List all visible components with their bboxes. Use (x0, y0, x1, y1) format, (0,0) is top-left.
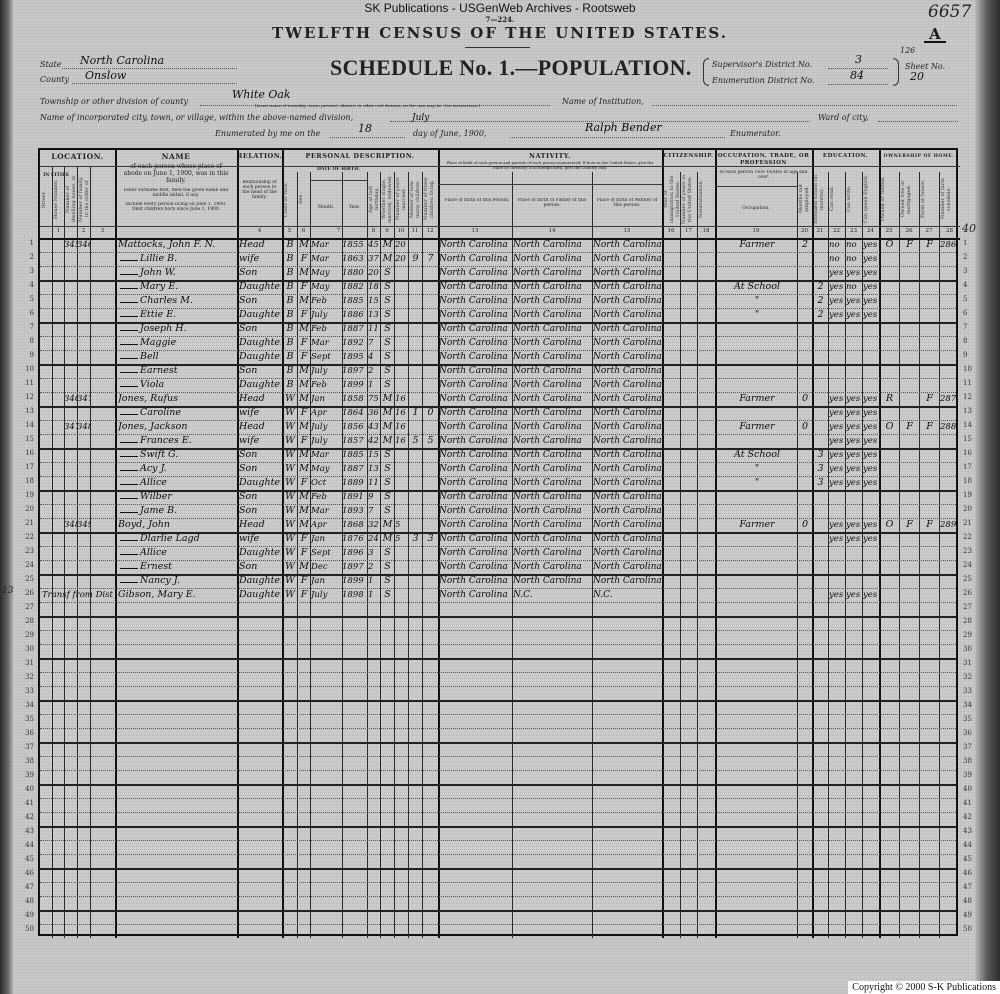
cell-sex: M (298, 462, 310, 476)
district-bracket-left (703, 58, 709, 86)
cell-english: yes (863, 238, 879, 252)
cell-name: Jones, Rufus (118, 392, 236, 406)
row-number-left: 23 (18, 547, 34, 555)
header-ownership: OWNERSHIP OF HOME. (879, 153, 959, 160)
row-number-left: 33 (18, 687, 34, 695)
cell-mother: North Carolina (593, 504, 662, 518)
cell-marital: S (381, 336, 394, 350)
column-divider (899, 172, 900, 938)
cell-name: Frances E. (118, 434, 236, 448)
cell-age: 42 (368, 434, 380, 448)
surname-ditto-dash (120, 358, 138, 359)
cell-sex: F (298, 532, 310, 546)
row-number-right: 45 (963, 855, 979, 863)
enumerator-name: Ralph Bender (585, 121, 662, 134)
row-number-right: 50 (963, 925, 979, 933)
cell-month: Mar (311, 252, 342, 266)
row-divider (40, 896, 956, 897)
header-name: NAME (115, 153, 237, 160)
enum-day-underline (330, 137, 405, 138)
header-rule (310, 180, 367, 181)
surname-ditto-dash (120, 316, 138, 317)
cell-color: B (283, 350, 297, 364)
cell-color: B (283, 364, 297, 378)
row-divider (40, 854, 956, 855)
header-rule (715, 186, 797, 187)
cell-mother: North Carolina (593, 322, 662, 336)
cell-relation: wife (239, 532, 281, 546)
margin-note-left: 13 (2, 586, 13, 596)
title-divider (465, 47, 530, 48)
cell-name: Jones, Jackson (118, 420, 236, 434)
cell-father: North Carolina (513, 336, 592, 350)
cell-sex: M (298, 490, 310, 504)
cell-years-married: 16 (395, 434, 408, 448)
cell-marital: S (381, 546, 394, 560)
cell-father: North Carolina (513, 378, 592, 392)
cell-age: 45 (368, 238, 380, 252)
cell-school: 2 (813, 280, 828, 294)
header-owned-rented: Owned or rented. (880, 174, 898, 224)
row-number-left: 15 (18, 435, 34, 443)
cell-birth: North Carolina (439, 336, 512, 350)
cell-color: B (283, 280, 297, 294)
cell-english: yes (863, 294, 879, 308)
header-naturalization: Naturalization. (698, 174, 714, 224)
cell-mother: North Carolina (593, 238, 662, 252)
cell-name: Maggie (118, 336, 236, 350)
cell-name: Gibson, Mary E. (118, 588, 236, 602)
header-sex: Sex. (298, 174, 309, 224)
cell-sex: F (298, 252, 310, 266)
header-children-living: Number of these children living. (423, 174, 437, 224)
cell-mother: North Carolina (593, 406, 662, 420)
institution-underline (652, 105, 957, 106)
column-number: 23 (845, 228, 862, 234)
cell-sex: M (298, 448, 310, 462)
cell-color: W (283, 406, 297, 420)
cell-age: 20 (368, 266, 380, 280)
surname-ditto-dash (120, 372, 138, 373)
cell-sex: M (298, 392, 310, 406)
row-number-left: 12 (18, 393, 34, 401)
cell-mother: North Carolina (593, 308, 662, 322)
cell-mother-of: 5 (409, 434, 422, 448)
surname-ditto-dash (120, 484, 138, 485)
cell-mother: North Carolina (593, 462, 662, 476)
cell-name: Lillie B. (118, 252, 236, 266)
header-immigration-year: Year of immigration to the United States… (663, 174, 679, 224)
header-rule (40, 226, 960, 227)
row-number-left: 2 (18, 253, 34, 261)
row-number-right: 28 (963, 617, 979, 625)
column-number: 22 (828, 228, 845, 234)
column-divider (64, 166, 65, 938)
cell-school: 3 (813, 448, 828, 462)
cell-color: B (283, 266, 297, 280)
row-number-left: 26 (18, 589, 34, 597)
column-number: 26 (899, 228, 919, 234)
row-number-left: 37 (18, 743, 34, 751)
cell-color: B (283, 294, 297, 308)
cell-read: yes (829, 448, 845, 462)
cell-marital: M (381, 532, 394, 546)
cell-relation: Head (239, 518, 281, 532)
cell-name: Swift G. (118, 448, 236, 462)
column-number: 15 (592, 228, 662, 234)
column-divider (919, 172, 920, 938)
cell-age: 43 (368, 420, 380, 434)
cell-name: Dlarlie Lagd (118, 532, 236, 546)
cell-age: 2 (368, 560, 380, 574)
row-number-right: 32 (963, 673, 979, 681)
cell-read: yes (829, 462, 845, 476)
header-relation: RELATION. (237, 153, 282, 160)
cell-write: yes (846, 518, 862, 532)
header-name-inst2: Include every person living on June 1, 1… (120, 202, 232, 212)
cell-color: W (283, 420, 297, 434)
cell-father: North Carolina (513, 280, 592, 294)
row-divider (40, 602, 956, 603)
enumerator-label: Enumerator. (730, 129, 781, 138)
copyright-notice: Copyright © 2000 S-K Publications (848, 981, 1000, 994)
cell-write: yes (846, 588, 862, 602)
cell-mother: North Carolina (593, 560, 662, 574)
column-number: 24 (862, 228, 879, 234)
cell-relation: Son (239, 490, 281, 504)
row-divider (40, 616, 956, 618)
cell-name: Allice (118, 476, 236, 490)
row-number-left: 3 (18, 267, 34, 275)
supervisor-value: 3 (855, 53, 862, 66)
cell-color: W (283, 504, 297, 518)
cell-dwelling: 347 (64, 420, 77, 434)
cell-write: yes (846, 420, 862, 434)
cell-name: Ettie E. (118, 308, 236, 322)
enumerated-day: 18 (358, 122, 372, 135)
header-rule (812, 166, 879, 167)
sheet-value: 20 (910, 70, 924, 83)
cell-relation: Daughter (239, 546, 281, 560)
row-number-right: 27 (963, 603, 979, 611)
row-number-left: 40 (18, 785, 34, 793)
cell-sex: F (298, 434, 310, 448)
margin-note-right: 40 (962, 222, 976, 235)
cell-mother: North Carolina (593, 252, 662, 266)
cell-month: July (311, 588, 342, 602)
cell-schedule: 289 (940, 518, 960, 532)
cell-father: North Carolina (513, 350, 592, 364)
cell-relation: Daughter (239, 574, 281, 588)
census-title: TWELFTH CENSUS OF THE UNITED STATES. (0, 24, 1000, 42)
district-bracket-right (893, 58, 899, 86)
row-number-right: 7 (963, 323, 979, 331)
cell-read: yes (829, 532, 845, 546)
row-number-left: 16 (18, 449, 34, 457)
row-number-left: 9 (18, 351, 34, 359)
header-years-in-us: Number of years in the United States. (681, 174, 696, 224)
cell-years-married: 5 (395, 532, 408, 546)
cell-relation: Son (239, 448, 281, 462)
row-number-right: 44 (963, 841, 979, 849)
cell-name: Wilber (118, 490, 236, 504)
header-citizenship: CITIZENSHIP. (662, 153, 715, 160)
row-divider (40, 728, 956, 729)
cell-mother: North Carolina (593, 364, 662, 378)
header-years-married: Number of years married. (395, 174, 407, 224)
county-underline (72, 83, 237, 84)
cell-color: W (283, 462, 297, 476)
cell-relation: Son (239, 560, 281, 574)
cell-schedule: 286 (940, 238, 960, 252)
surname-ditto-dash (120, 330, 138, 331)
cell-age: 7 (368, 504, 380, 518)
cell-father: North Carolina (513, 364, 592, 378)
cell-read: yes (829, 294, 845, 308)
cell-marital: S (381, 294, 394, 308)
cell-age: 18 (368, 280, 380, 294)
cell-age: 24 (368, 532, 380, 546)
cell-color: W (283, 434, 297, 448)
cell-father: North Carolina (513, 308, 592, 322)
column-number: 16 (662, 228, 680, 234)
cell-month: May (311, 462, 342, 476)
row-number-right: 17 (963, 463, 979, 471)
cell-sex: M (298, 378, 310, 392)
cell-year: 1856 (342, 420, 367, 434)
row-number-right: 43 (963, 827, 979, 835)
row-number-right: 4 (963, 281, 979, 289)
cell-father: North Carolina (513, 462, 592, 476)
cell-sex: M (298, 504, 310, 518)
cell-marital: S (381, 462, 394, 476)
header-nat-father: Place of birth of Father of this person. (514, 198, 590, 208)
cell-age: 7 (368, 336, 380, 350)
cell-age: 36 (368, 406, 380, 420)
column-number: 4 (237, 228, 282, 234)
cell-month: Sept (311, 350, 342, 364)
cell-birth: North Carolina (439, 588, 512, 602)
cell-write: yes (846, 434, 862, 448)
row-number-left: 21 (18, 519, 34, 527)
cell-occupation: Farmer (717, 238, 797, 252)
cell-read: yes (829, 518, 845, 532)
cell-dwelling: 346 (64, 392, 77, 406)
cell-color: W (283, 546, 297, 560)
row-divider (40, 672, 956, 673)
cell-unemployed: 2 (798, 238, 812, 252)
cell-mother: North Carolina (593, 294, 662, 308)
row-number-right: 40 (963, 785, 979, 793)
row-number-left: 18 (18, 477, 34, 485)
cell-color: W (283, 490, 297, 504)
column-number: 14 (512, 228, 592, 234)
column-number: 25 (879, 228, 899, 234)
cell-read: yes (829, 266, 845, 280)
cell-read: no (829, 238, 845, 252)
column-number: 8 (367, 228, 380, 234)
cell-age: 1 (368, 574, 380, 588)
cell-color: B (283, 238, 297, 252)
cell-free: F (900, 420, 919, 434)
cell-english: yes (863, 518, 879, 532)
cell-father: North Carolina (513, 560, 592, 574)
row-number-left: 43 (18, 827, 34, 835)
cell-years-married: 16 (395, 406, 408, 420)
cell-sex: F (298, 476, 310, 490)
cell-living: 0 (423, 406, 438, 420)
row-number-right: 18 (963, 477, 979, 485)
surname-ditto-dash (120, 302, 138, 303)
cell-family: 349 (77, 518, 90, 532)
header-name-inst1: Enter surname first, then the given name… (120, 188, 232, 198)
column-number: 17 (680, 228, 697, 234)
row-number-right: 15 (963, 435, 979, 443)
cell-marital: M (381, 238, 394, 252)
cell-father: North Carolina (513, 476, 592, 490)
row-number-right: 20 (963, 505, 979, 513)
header-rule (237, 166, 282, 167)
row-number-right: 36 (963, 729, 979, 737)
cell-relation: Son (239, 322, 281, 336)
cell-mother-of: 1 (409, 406, 422, 420)
header-house-number: House Number. (53, 174, 63, 224)
header-rule (715, 166, 812, 167)
surname-ditto-dash (120, 414, 138, 415)
header-can-read: Can read. (829, 174, 844, 224)
cell-english: yes (863, 266, 879, 280)
cell-birth: North Carolina (439, 476, 512, 490)
cell-relation: Son (239, 294, 281, 308)
row-number-right: 5 (963, 295, 979, 303)
row-number-right: 9 (963, 351, 979, 359)
row-number-right: 8 (963, 337, 979, 345)
cell-owned: O (880, 518, 899, 532)
institution-label: Name of Institution, (562, 97, 644, 106)
header-nat-person: Place of birth of this Person. (442, 198, 512, 203)
cell-owned: R (880, 392, 899, 406)
cell-month: Feb (311, 490, 342, 504)
header-rule (438, 166, 662, 167)
cell-marital: S (381, 266, 394, 280)
cell-year: 1895 (342, 350, 367, 364)
cell-month: Jan (311, 392, 342, 406)
surname-ditto-dash (120, 540, 138, 541)
cell-month: Jan (311, 574, 342, 588)
row-number-left: 41 (18, 799, 34, 807)
row-number-left: 5 (18, 295, 34, 303)
column-number: 20 (797, 228, 812, 234)
cell-birth: North Carolina (439, 504, 512, 518)
stamp-letter: A (924, 25, 946, 43)
row-number-right: 3 (963, 267, 979, 275)
cell-age: 1 (368, 588, 380, 602)
cell-occupation: " (717, 462, 797, 476)
cell-read: yes (829, 406, 845, 420)
cell-marital: S (381, 588, 394, 602)
cell-sex: F (298, 406, 310, 420)
row-divider (40, 700, 956, 702)
row-number-right: 37 (963, 743, 979, 751)
row-number-left: 47 (18, 883, 34, 891)
cell-mother: North Carolina (593, 532, 662, 546)
row-divider (40, 742, 956, 744)
cell-write: yes (846, 406, 862, 420)
cell-write: yes (846, 532, 862, 546)
cell-birth: North Carolina (439, 294, 512, 308)
cell-read: no (829, 252, 845, 266)
census-page: SK Publications - USGenWeb Archives - Ro… (0, 0, 1000, 994)
cell-unemployed: 0 (798, 518, 812, 532)
cell-sex: F (298, 280, 310, 294)
row-number-right: 22 (963, 533, 979, 541)
cell-mother: North Carolina (593, 392, 662, 406)
county-label: County (40, 75, 69, 84)
cell-name: Viola (118, 378, 236, 392)
cell-relation: Head (239, 392, 281, 406)
cell-occupation: At School (717, 280, 797, 294)
column-number: 27 (919, 228, 939, 234)
cell-mother: North Carolina (593, 476, 662, 490)
cell-year: 1887 (342, 462, 367, 476)
cell-write: yes (846, 476, 862, 490)
row-divider (40, 798, 956, 799)
cell-mother: North Carolina (593, 574, 662, 588)
enumerated-month-correction: July (412, 113, 429, 123)
row-number-right: 39 (963, 771, 979, 779)
cell-living: 5 (423, 434, 438, 448)
cell-birth: North Carolina (439, 392, 512, 406)
row-number-left: 29 (18, 631, 34, 639)
header-nat-mother: Place of birth of Mother of this person. (594, 198, 660, 208)
cell-age: 15 (368, 294, 380, 308)
row-divider (40, 644, 956, 645)
cell-read: yes (829, 308, 845, 322)
column-number: 18 (697, 228, 715, 234)
cell-color: W (283, 476, 297, 490)
cell-years-married: 16 (395, 420, 408, 434)
cell-marital: S (381, 364, 394, 378)
cell-color: W (283, 574, 297, 588)
cell-relation: wife (239, 252, 281, 266)
cell-month: Apr (311, 518, 342, 532)
column-divider (90, 166, 91, 938)
cell-english: yes (863, 308, 879, 322)
cell-birth: North Carolina (439, 350, 512, 364)
cell-name: Jame B. (118, 504, 236, 518)
row-number-right: 49 (963, 911, 979, 919)
enumeration-value: 84 (850, 69, 864, 82)
cell-english: yes (863, 434, 879, 448)
cell-color: W (283, 392, 297, 406)
cell-marital: S (381, 308, 394, 322)
cell-year: 1887 (342, 322, 367, 336)
cell-living: 7 (423, 252, 438, 266)
cell-year: 1864 (342, 406, 367, 420)
cell-month: Dec (311, 560, 342, 574)
header-education: EDUCATION. (812, 153, 879, 160)
ward-label: Ward of city, (818, 113, 868, 122)
cell-marital: S (381, 560, 394, 574)
cell-year: 1897 (342, 364, 367, 378)
cell-sex: F (298, 546, 310, 560)
row-number-left: 24 (18, 561, 34, 569)
cell-birth: North Carolina (439, 364, 512, 378)
cell-year: 1899 (342, 574, 367, 588)
cell-color: W (283, 518, 297, 532)
row-number-left: 49 (18, 911, 34, 919)
cell-marital: S (381, 280, 394, 294)
